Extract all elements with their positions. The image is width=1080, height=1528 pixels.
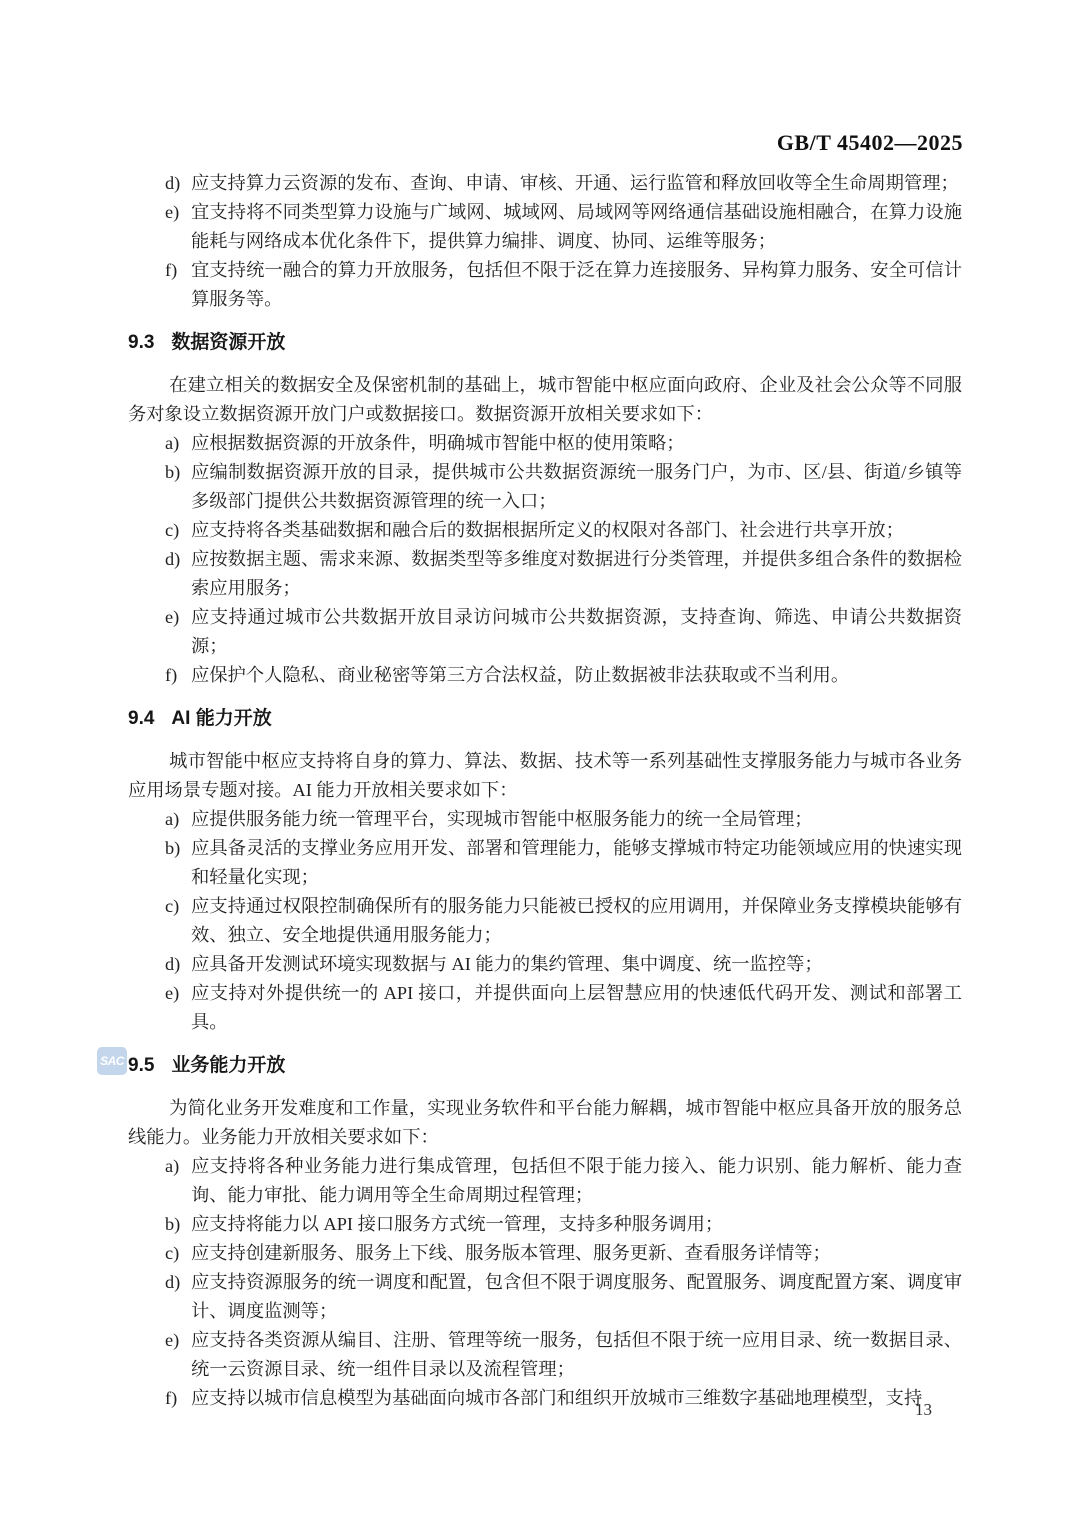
list-item-text: 应支持将各种业务能力进行集成管理，包括但不限于能力接入、能力识别、能力解析、能力… — [191, 1156, 962, 1205]
list-item-text: 应支持以城市信息模型为基础面向城市各部门和组织开放城市三维数字基础地理模型，支持 — [191, 1388, 922, 1408]
list-item-text: 应支持将各类基础数据和融合后的数据根据所定义的权限对各部门、社会进行共享开放； — [191, 520, 904, 540]
list-item-text: 应根据数据资源的开放条件，明确城市智能中枢的使用策略； — [191, 433, 685, 453]
list-item: e) 应支持各类资源从编目、注册、管理等统一服务，包括但不限于统一应用目录、统一… — [128, 1326, 962, 1384]
list-item-text: 应支持通过权限控制确保所有的服务能力只能被已授权的应用调用，并保障业务支撑模块能… — [191, 896, 962, 945]
list-item-label: c) — [165, 1239, 179, 1268]
list-item: c) 应支持将各类基础数据和融合后的数据根据所定义的权限对各部门、社会进行共享开… — [128, 516, 962, 545]
list-item: e) 应支持对外提供统一的 API 接口，并提供面向上层智慧应用的快速低代码开发… — [128, 979, 962, 1037]
list-item-label: e) — [165, 1326, 179, 1355]
section-paragraph: 在建立相关的数据安全及保密机制的基础上，城市智能中枢应面向政府、企业及社会公众等… — [128, 371, 962, 429]
list-item-label: a) — [165, 1152, 179, 1181]
list-item-text: 应保护个人隐私、商业秘密等第三方合法权益，防止数据被非法获取或不当利用。 — [191, 665, 849, 685]
list-item: b) 应具备灵活的支撑业务应用开发、部署和管理能力，能够支撑城市特定功能领域应用… — [128, 834, 962, 892]
section-number: 9.5 — [128, 1055, 154, 1076]
list-item-label: f) — [165, 661, 177, 690]
list-item: f) 宜支持统一融合的算力开放服务，包括但不限于泛在算力连接服务、异构算力服务、… — [128, 256, 962, 314]
list-item-label: d) — [165, 169, 180, 198]
page-content: d) 应支持算力云资源的发布、查询、申请、审核、开通、运行监管和释放回收等全生命… — [128, 169, 962, 1413]
list-item: f) 应保护个人隐私、商业秘密等第三方合法权益，防止数据被非法获取或不当利用。 — [128, 661, 962, 690]
section-9-5-list: a) 应支持将各种业务能力进行集成管理，包括但不限于能力接入、能力识别、能力解析… — [128, 1152, 962, 1413]
list-item-text: 应支持资源服务的统一调度和配置，包含但不限于调度服务、配置服务、调度配置方案、调… — [191, 1272, 962, 1321]
list-item-label: b) — [165, 458, 180, 487]
list-item-label: d) — [165, 545, 180, 574]
list-item-text: 应支持将能力以 API 接口服务方式统一管理，支持多种服务调用； — [191, 1214, 723, 1234]
list-item-label: a) — [165, 805, 179, 834]
list-item-text: 应支持算力云资源的发布、查询、申请、审核、开通、运行监管和释放回收等全生命周期管… — [191, 173, 959, 193]
list-item-label: e) — [165, 198, 179, 227]
list-item-label: b) — [165, 1210, 180, 1239]
intro-list: d) 应支持算力云资源的发布、查询、申请、审核、开通、运行监管和释放回收等全生命… — [128, 169, 962, 314]
list-item-text: 应具备灵活的支撑业务应用开发、部署和管理能力，能够支撑城市特定功能领域应用的快速… — [191, 838, 962, 887]
list-item-text: 应编制数据资源开放的目录，提供城市公共数据资源统一服务门户，为市、区/县、街道/… — [191, 462, 962, 511]
list-item-text: 宜支持统一融合的算力开放服务，包括但不限于泛在算力连接服务、异构算力服务、安全可… — [191, 260, 962, 309]
section-heading-9-4: 9.4AI 能力开放 — [128, 704, 962, 733]
list-item-label: d) — [165, 950, 180, 979]
list-item-label: c) — [165, 892, 179, 921]
list-item-text: 应支持创建新服务、服务上下线、服务版本管理、服务更新、查看服务详情等； — [191, 1243, 831, 1263]
list-item: a) 应支持将各种业务能力进行集成管理，包括但不限于能力接入、能力识别、能力解析… — [128, 1152, 962, 1210]
list-item-label: d) — [165, 1268, 180, 1297]
section-heading-9-5: 9.5业务能力开放 — [128, 1051, 962, 1080]
list-item: d) 应支持算力云资源的发布、查询、申请、审核、开通、运行监管和释放回收等全生命… — [128, 169, 962, 198]
list-item: e) 宜支持将不同类型算力设施与广域网、城域网、局域网等网络通信基础设施相融合，… — [128, 198, 962, 256]
list-item-text: 应按数据主题、需求来源、数据类型等多维度对数据进行分类管理，并提供多组合条件的数… — [191, 549, 962, 598]
list-item-label: a) — [165, 429, 179, 458]
list-item: d) 应具备开发测试环境实现数据与 AI 能力的集约管理、集中调度、统一监控等； — [128, 950, 962, 979]
sac-watermark-logo: SAC — [97, 1047, 127, 1075]
list-item-label: f) — [165, 256, 177, 285]
list-item-label: e) — [165, 979, 179, 1008]
list-item: d) 应按数据主题、需求来源、数据类型等多维度对数据进行分类管理，并提供多组合条… — [128, 545, 962, 603]
list-item: c) 应支持通过权限控制确保所有的服务能力只能被已授权的应用调用，并保障业务支撑… — [128, 892, 962, 950]
list-item-text: 应支持通过城市公共数据开放目录访问城市公共数据资源，支持查询、筛选、申请公共数据… — [191, 607, 962, 656]
list-item-label: c) — [165, 516, 179, 545]
list-item-label: f) — [165, 1384, 177, 1413]
section-heading-9-3: 9.3数据资源开放 — [128, 328, 962, 357]
section-number: 9.3 — [128, 332, 154, 353]
section-number: 9.4 — [128, 708, 154, 729]
document-code-header: GB/T 45402—2025 — [777, 130, 963, 156]
list-item: d) 应支持资源服务的统一调度和配置，包含但不限于调度服务、配置服务、调度配置方… — [128, 1268, 962, 1326]
sac-watermark-text: SAC — [100, 1054, 124, 1068]
section-paragraph: 为简化业务开发难度和工作量，实现业务软件和平台能力解耦，城市智能中枢应具备开放的… — [128, 1094, 962, 1152]
list-item-label: b) — [165, 834, 180, 863]
section-9-4-list: a) 应提供服务能力统一管理平台，实现城市智能中枢服务能力的统一全局管理； b)… — [128, 805, 962, 1037]
list-item-text: 应支持各类资源从编目、注册、管理等统一服务，包括但不限于统一应用目录、统一数据目… — [191, 1330, 962, 1379]
section-title: AI 能力开放 — [171, 708, 271, 729]
section-title: 业务能力开放 — [171, 1055, 285, 1076]
section-9-3-list: a) 应根据数据资源的开放条件，明确城市智能中枢的使用策略； b) 应编制数据资… — [128, 429, 962, 690]
list-item-text: 应提供服务能力统一管理平台，实现城市智能中枢服务能力的统一全局管理； — [191, 809, 813, 829]
list-item: a) 应根据数据资源的开放条件，明确城市智能中枢的使用策略； — [128, 429, 962, 458]
list-item: f) 应支持以城市信息模型为基础面向城市各部门和组织开放城市三维数字基础地理模型… — [128, 1384, 962, 1413]
section-title: 数据资源开放 — [171, 332, 285, 353]
list-item: b) 应支持将能力以 API 接口服务方式统一管理，支持多种服务调用； — [128, 1210, 962, 1239]
list-item: c) 应支持创建新服务、服务上下线、服务版本管理、服务更新、查看服务详情等； — [128, 1239, 962, 1268]
list-item-text: 应支持对外提供统一的 API 接口，并提供面向上层智慧应用的快速低代码开发、测试… — [191, 983, 962, 1032]
list-item: e) 应支持通过城市公共数据开放目录访问城市公共数据资源，支持查询、筛选、申请公… — [128, 603, 962, 661]
list-item-label: e) — [165, 603, 179, 632]
list-item-text: 应具备开发测试环境实现数据与 AI 能力的集约管理、集中调度、统一监控等； — [191, 954, 823, 974]
list-item-text: 宜支持将不同类型算力设施与广域网、城域网、局域网等网络通信基础设施相融合，在算力… — [191, 202, 962, 251]
list-item: a) 应提供服务能力统一管理平台，实现城市智能中枢服务能力的统一全局管理； — [128, 805, 962, 834]
list-item: b) 应编制数据资源开放的目录，提供城市公共数据资源统一服务门户，为市、区/县、… — [128, 458, 962, 516]
section-paragraph: 城市智能中枢应支持将自身的算力、算法、数据、技术等一系列基础性支撑服务能力与城市… — [128, 747, 962, 805]
